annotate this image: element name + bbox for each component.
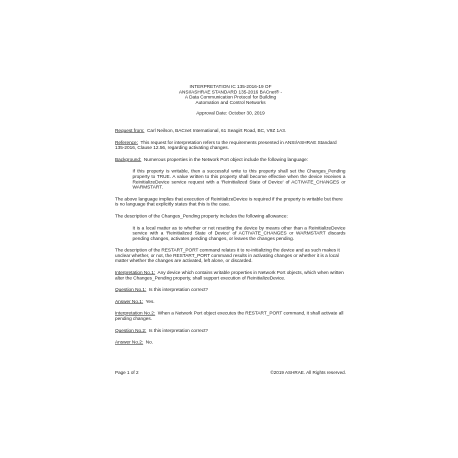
- labeled-paragraph: Answer No.2: No.: [115, 340, 346, 345]
- copyright-notice: ©2019 ASHRAE. All Rights reserved.: [270, 370, 346, 375]
- paragraph-label: Question No.2:: [115, 327, 146, 333]
- document-title: INTERPRETATION IC 135-2016-19 OF ANSI/AS…: [115, 84, 346, 105]
- labeled-paragraph: Answer No.1: Yes.: [115, 299, 346, 304]
- paragraph: The above language implies that executio…: [115, 196, 346, 207]
- paragraph-label: Interpretation No.1:: [115, 270, 155, 276]
- labeled-paragraph: Interpretation No.1: Any device which co…: [115, 270, 346, 281]
- labeled-paragraph: Interpretation No.2: When a Network Port…: [115, 311, 346, 322]
- zoom-layer: INTERPRETATION IC 135-2016-19 OF ANSI/AS…: [0, 0, 458, 458]
- paragraph-label: Answer No.2:: [115, 339, 143, 345]
- document-viewport: INTERPRETATION IC 135-2016-19 OF ANSI/AS…: [0, 0, 458, 458]
- labeled-paragraph: Background: Numerous properties in the N…: [115, 157, 346, 162]
- page-number: Page 1 of 2: [115, 370, 139, 375]
- page-footer: Page 1 of 2 ©2019 ASHRAE. All Rights res…: [115, 370, 346, 375]
- paragraph-label: Answer No.1:: [115, 298, 143, 304]
- labeled-paragraph: Reference: This request for interpretati…: [115, 140, 346, 151]
- document-body: Request from: Carl Neilson, BACnet Inter…: [115, 128, 346, 345]
- labeled-paragraph: Request from: Carl Neilson, BACnet Inter…: [115, 128, 346, 133]
- title-line: Automation and Control Networks: [115, 100, 346, 105]
- document-page: INTERPRETATION IC 135-2016-19 OF ANSI/AS…: [115, 84, 346, 351]
- paragraph: If this property is writable, then a suc…: [133, 169, 346, 190]
- paragraph-label: Background:: [115, 156, 141, 162]
- labeled-paragraph: Question No.1: Is this interpretation co…: [115, 287, 346, 292]
- paragraph-label: Request from:: [115, 127, 144, 133]
- paragraph-label: Reference:: [115, 139, 138, 145]
- approval-date: Approval Date: October 30, 2019: [115, 111, 346, 116]
- paragraph-label: Interpretation No.2:: [115, 310, 155, 316]
- paragraph: The description of the RESTART_PORT comm…: [115, 248, 346, 264]
- paragraph-label: Question No.1:: [115, 287, 146, 293]
- paragraph: The description of the Changes_Pending p…: [115, 213, 346, 218]
- paragraph: It is a local matter as to whether or no…: [133, 225, 346, 241]
- labeled-paragraph: Question No.2: Is this interpretation co…: [115, 328, 346, 333]
